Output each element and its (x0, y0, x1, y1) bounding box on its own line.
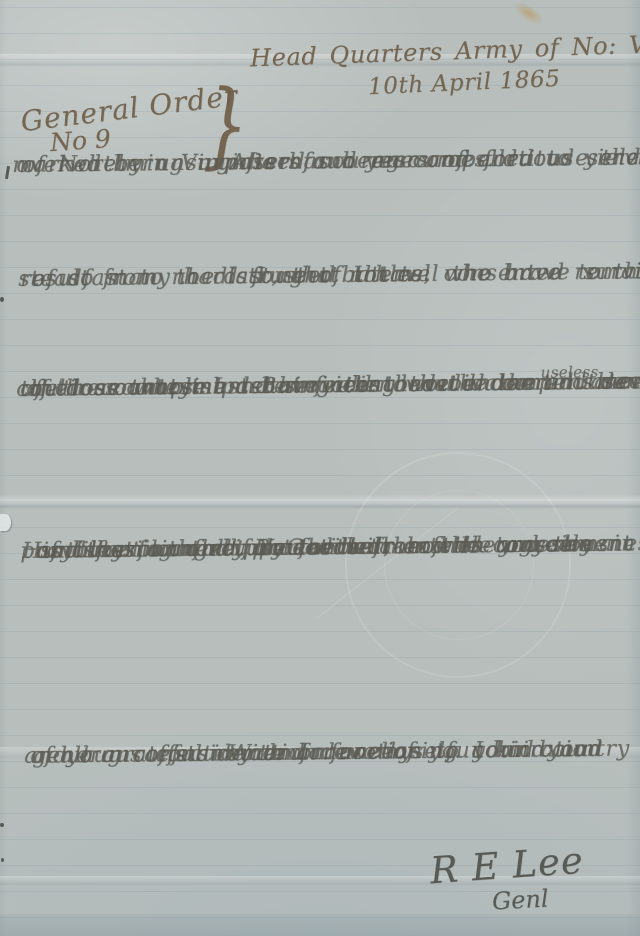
document-scan-page: Head Quarters Army of No: Virginia 10th … (0, 0, 640, 936)
handwritten-line: His blessing and protection. (22, 532, 374, 567)
signature-rank: Genl (491, 885, 549, 916)
handwritten-line: their countrymen. (30, 369, 250, 407)
paper-speck (0, 823, 4, 827)
handwritten-line: result from no distrust of them. (20, 257, 422, 297)
handwritten-line: all an affectionate farewell. (60, 739, 405, 768)
paper-speck (1, 858, 4, 862)
paper-speck (0, 297, 4, 302)
bottom-shadow-band (0, 914, 640, 936)
handwritten-line: overwhelming numbers and resources. (16, 144, 495, 182)
paper-edge-nick (0, 514, 11, 531)
embossed-seal-inner-ring (384, 490, 534, 640)
